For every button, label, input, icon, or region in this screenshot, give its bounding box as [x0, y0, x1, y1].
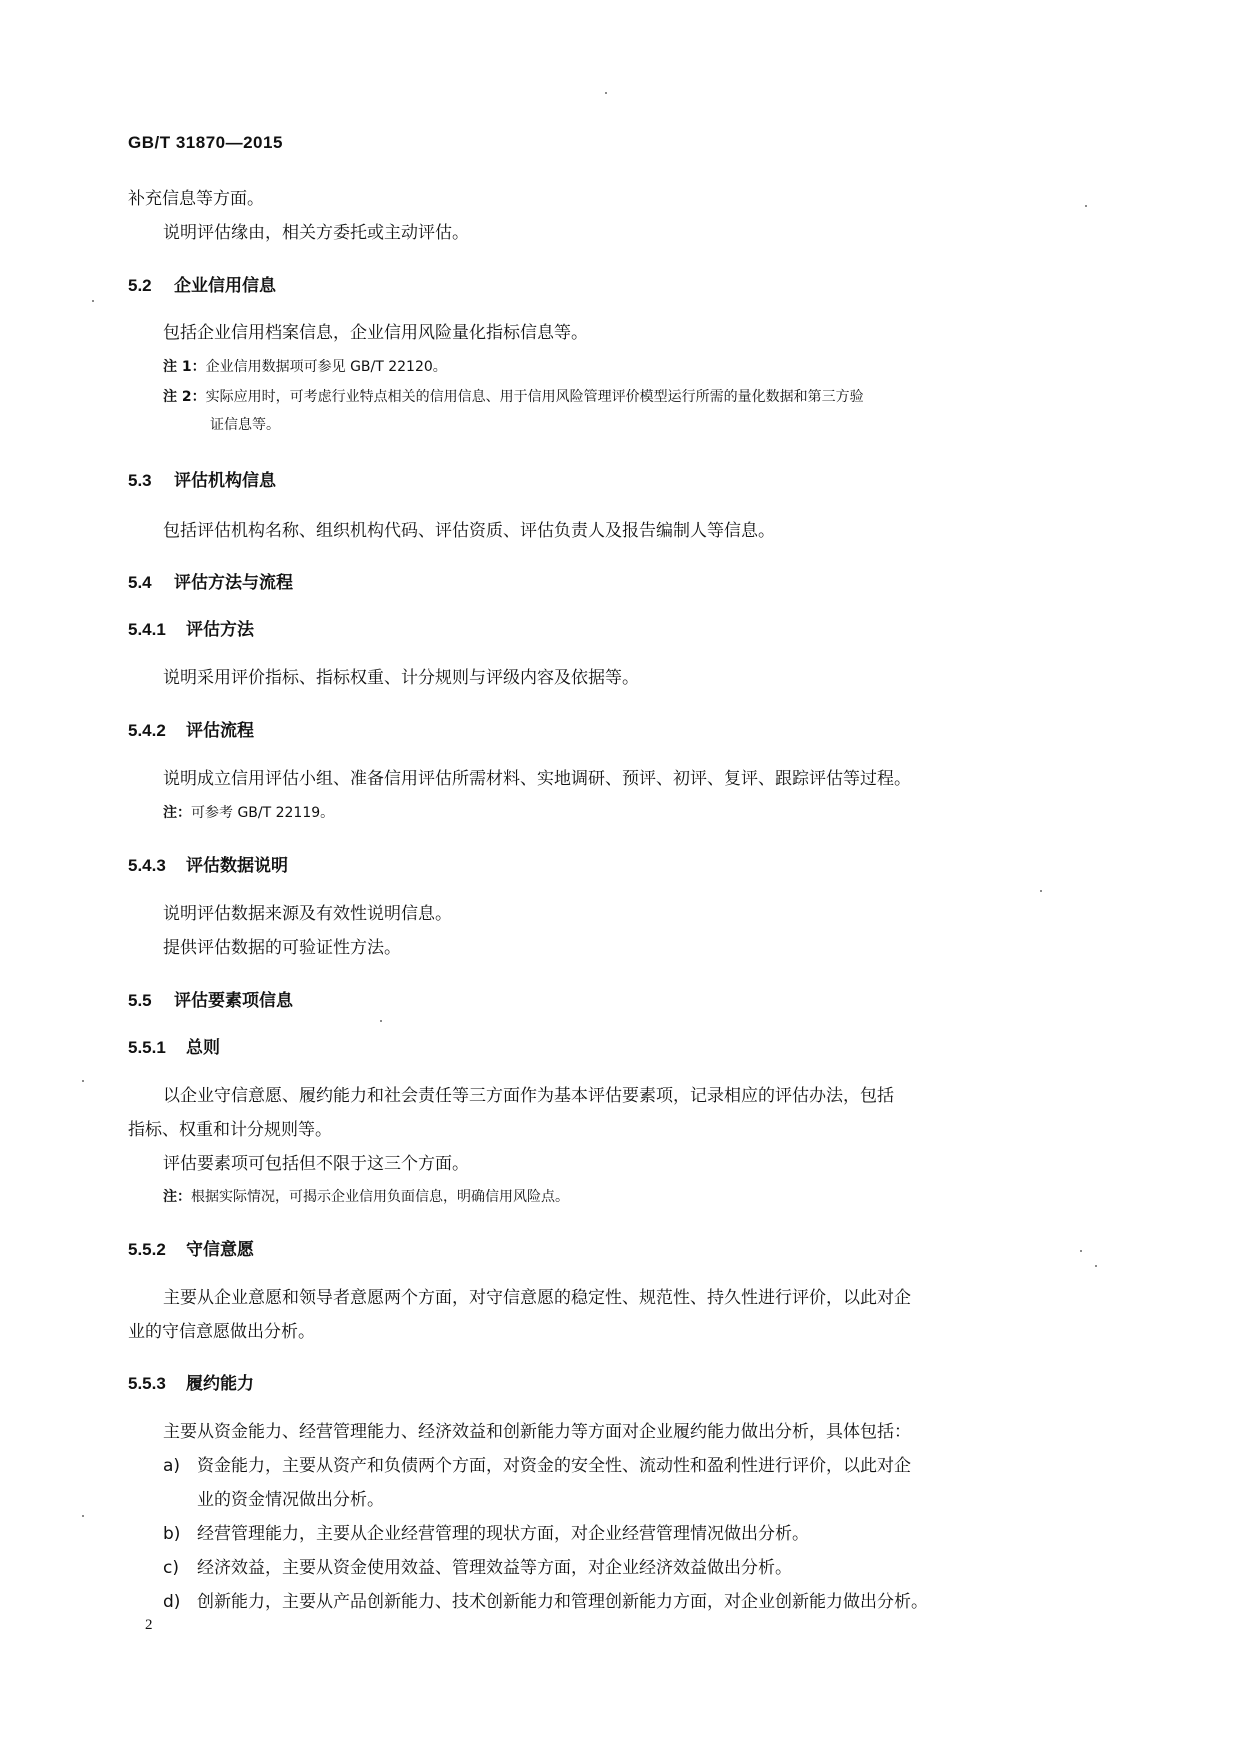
note-text: 可参考 GB/T 22119。 — [191, 805, 334, 821]
note-label: 注： — [163, 805, 191, 821]
scan-speck — [1080, 1250, 1082, 1252]
section-5-4-3-paragraph-2: 提供评估数据的可验证性方法。 — [163, 937, 401, 959]
section-title: 总则 — [186, 1038, 220, 1058]
note: 注：可参考 GB/T 22119。 — [163, 802, 334, 824]
section-5-4-1-paragraph: 说明采用评价指标、指标权重、计分规则与评级内容及依据等。 — [163, 667, 639, 689]
section-title: 评估机构信息 — [174, 471, 276, 491]
section-number: 5.4 — [128, 572, 174, 594]
section-5-5-2-paragraph-continuation: 业的守信意愿做出分析。 — [128, 1321, 315, 1343]
list-item-label: b) — [163, 1523, 197, 1545]
scan-speck — [92, 300, 94, 302]
section-number: 5.4.1 — [128, 619, 186, 641]
section-title: 守信意愿 — [186, 1240, 254, 1260]
section-number: 5.5.1 — [128, 1037, 186, 1059]
section-heading-5-5-1: 5.5.1总则 — [128, 1037, 220, 1059]
section-title: 评估数据说明 — [186, 856, 288, 876]
document-page: GB/T 31870—2015 补充信息等方面。 说明评估缘由，相关方委托或主动… — [0, 0, 1241, 1755]
section-heading-5-5-2: 5.5.2守信意愿 — [128, 1239, 254, 1261]
section-title: 履约能力 — [186, 1374, 254, 1394]
scan-speck — [1095, 1265, 1097, 1267]
section-heading-5-4: 5.4评估方法与流程 — [128, 572, 293, 594]
list-item-text: 资金能力，主要从资产和负债两个方面，对资金的安全性、流动性和盈利性进行评价，以此… — [197, 1456, 911, 1476]
section-title: 企业信用信息 — [174, 276, 276, 296]
list-item-label: a) — [163, 1455, 197, 1477]
standard-code: GB/T 31870—2015 — [128, 133, 283, 153]
list-item-text: 创新能力，主要从产品创新能力、技术创新能力和管理创新能力方面，对企业创新能力做出… — [197, 1592, 928, 1612]
note-text: 实际应用时，可考虑行业特点相关的信用信息、用于信用风险管理评价模型运行所需的量化… — [206, 389, 864, 405]
section-number: 5.2 — [128, 275, 174, 297]
section-heading-5-4-2: 5.4.2评估流程 — [128, 720, 254, 742]
list-item-label: d) — [163, 1591, 197, 1613]
section-number: 5.4.2 — [128, 720, 186, 742]
list-item-text: 经营管理能力，主要从企业经营管理的现状方面，对企业经营管理情况做出分析。 — [197, 1524, 809, 1544]
section-title: 评估流程 — [186, 721, 254, 741]
section-5-5-1-paragraph-1-continuation: 指标、权重和计分规则等。 — [128, 1119, 332, 1141]
section-heading-5-5-3: 5.5.3履约能力 — [128, 1373, 254, 1395]
section-heading-5-4-1: 5.4.1评估方法 — [128, 619, 254, 641]
list-item-label: c) — [163, 1557, 197, 1579]
list-item-c: c)经济效益，主要从资金使用效益、管理效益等方面，对企业经济效益做出分析。 — [163, 1557, 792, 1579]
note-2-continuation: 证信息等。 — [210, 414, 280, 436]
list-item-a-continuation: 业的资金情况做出分析。 — [197, 1489, 384, 1511]
section-number: 5.5 — [128, 990, 174, 1012]
section-5-5-3-paragraph: 主要从资金能力、经营管理能力、经济效益和创新能力等方面对企业履约能力做出分析，具… — [163, 1421, 911, 1443]
note-text: 企业信用数据项可参见 GB/T 22120。 — [206, 359, 447, 375]
section-title: 评估方法 — [186, 620, 254, 640]
section-title: 评估要素项信息 — [174, 991, 293, 1011]
scan-speck — [1085, 205, 1087, 207]
note-text: 根据实际情况，可揭示企业信用负面信息，明确信用风险点。 — [191, 1189, 569, 1205]
scan-speck — [1040, 890, 1042, 892]
note-label: 注： — [163, 1189, 191, 1205]
list-item-a: a)资金能力，主要从资产和负债两个方面，对资金的安全性、流动性和盈利性进行评价，… — [163, 1455, 911, 1477]
list-item-text: 经济效益，主要从资金使用效益、管理效益等方面，对企业经济效益做出分析。 — [197, 1558, 792, 1578]
note-1: 注 1：企业信用数据项可参见 GB/T 22120。 — [163, 356, 447, 378]
scan-speck — [380, 1020, 382, 1022]
section-5-4-3-paragraph-1: 说明评估数据来源及有效性说明信息。 — [163, 903, 452, 925]
section-5-2-paragraph: 包括企业信用档案信息，企业信用风险量化指标信息等。 — [163, 322, 588, 344]
section-heading-5-4-3: 5.4.3评估数据说明 — [128, 855, 288, 877]
section-number: 5.5.3 — [128, 1373, 186, 1395]
list-item-b: b)经营管理能力，主要从企业经营管理的现状方面，对企业经营管理情况做出分析。 — [163, 1523, 809, 1545]
scan-speck — [605, 92, 607, 94]
intro-paragraph: 说明评估缘由，相关方委托或主动评估。 — [163, 222, 469, 244]
section-5-5-1-paragraph-2: 评估要素项可包括但不限于这三个方面。 — [163, 1153, 469, 1175]
section-5-4-2-paragraph: 说明成立信用评估小组、准备信用评估所需材料、实地调研、预评、初评、复评、跟踪评估… — [163, 768, 911, 790]
scan-speck — [82, 1080, 84, 1082]
note: 注：根据实际情况，可揭示企业信用负面信息，明确信用风险点。 — [163, 1186, 569, 1208]
list-item-d: d)创新能力，主要从产品创新能力、技术创新能力和管理创新能力方面，对企业创新能力… — [163, 1591, 928, 1613]
section-number: 5.4.3 — [128, 855, 186, 877]
section-5-3-paragraph: 包括评估机构名称、组织机构代码、评估资质、评估负责人及报告编制人等信息。 — [163, 520, 775, 542]
page-number: 2 — [145, 1617, 153, 1634]
note-label: 注 2： — [163, 389, 206, 405]
scan-speck — [82, 1515, 84, 1517]
section-number: 5.5.2 — [128, 1239, 186, 1261]
section-5-5-1-paragraph-1: 以企业守信意愿、履约能力和社会责任等三方面作为基本评估要素项，记录相应的评估办法… — [163, 1085, 894, 1107]
section-title: 评估方法与流程 — [174, 573, 293, 593]
note-2: 注 2：实际应用时，可考虑行业特点相关的信用信息、用于信用风险管理评价模型运行所… — [163, 386, 864, 408]
section-heading-5-3: 5.3评估机构信息 — [128, 470, 276, 492]
section-heading-5-5: 5.5评估要素项信息 — [128, 990, 293, 1012]
section-5-5-2-paragraph: 主要从企业意愿和领导者意愿两个方面，对守信意愿的稳定性、规范性、持久性进行评价，… — [163, 1287, 911, 1309]
section-heading-5-2: 5.2企业信用信息 — [128, 275, 276, 297]
section-number: 5.3 — [128, 470, 174, 492]
note-label: 注 1： — [163, 359, 206, 375]
intro-continuation: 补充信息等方面。 — [128, 188, 264, 210]
